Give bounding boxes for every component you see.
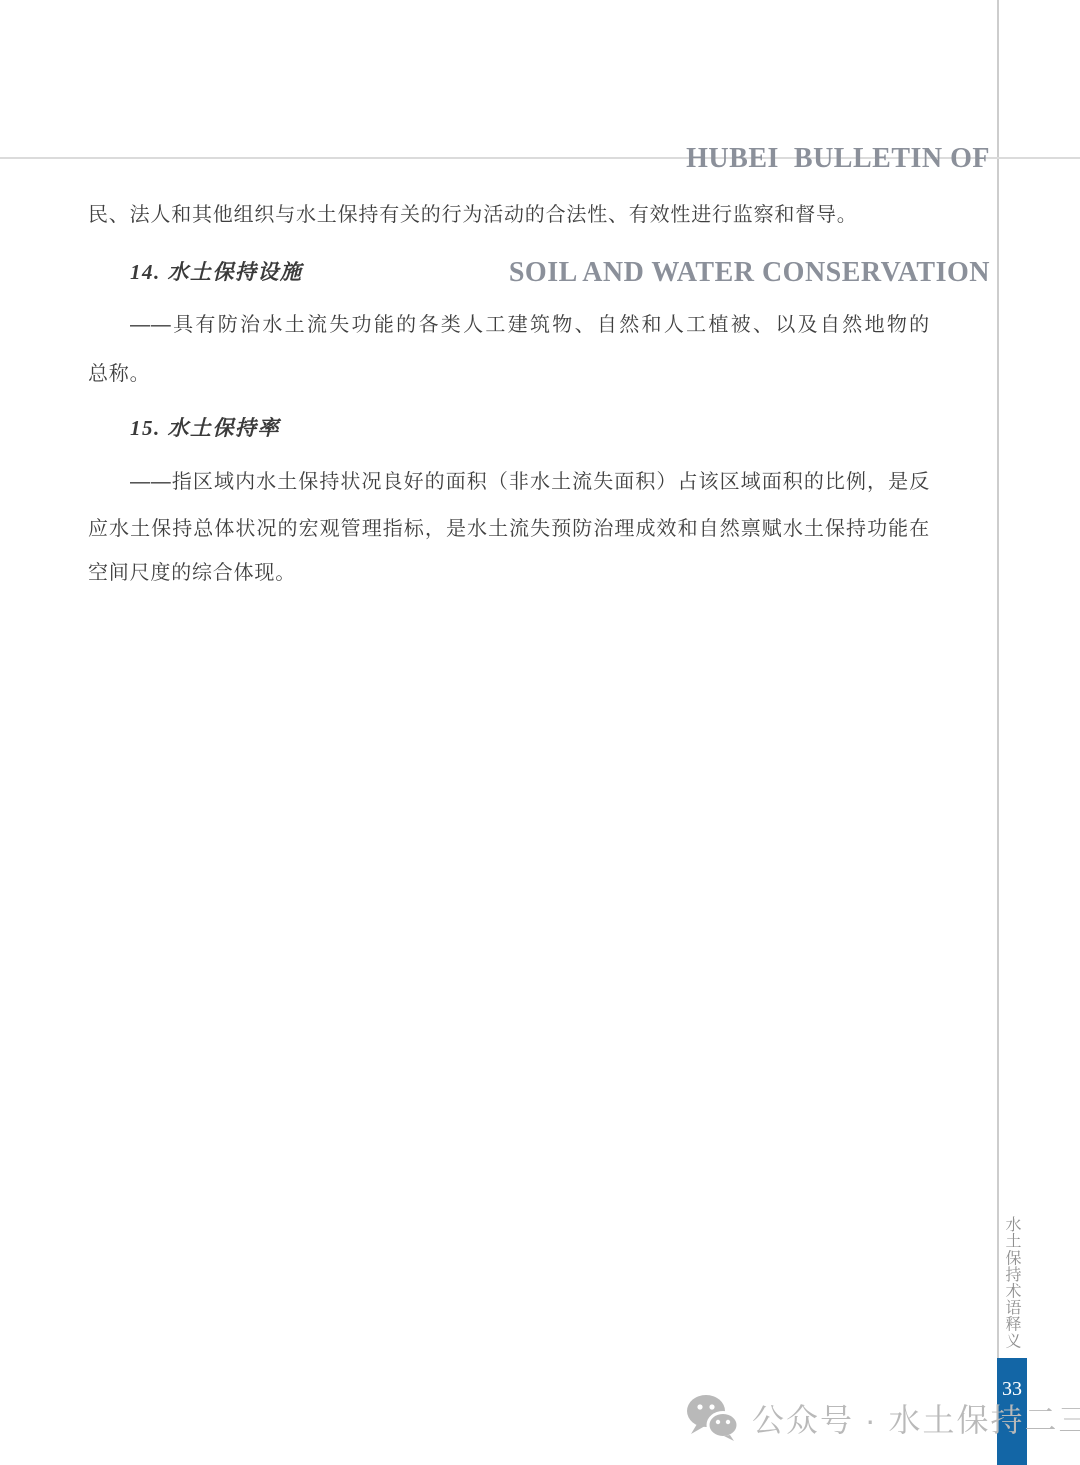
vertical-divider: [997, 0, 999, 1465]
wechat-icon: [686, 1394, 740, 1442]
term15-definition-line3: 空间尺度的综合体现。: [88, 559, 930, 587]
document-page: HUBEI BULLETIN OF SOIL AND WATER CONSERV…: [0, 0, 1080, 1465]
term-heading-14: 14. 水土保持设施: [130, 258, 890, 286]
term15-definition-line1: ——指区域内水土保持状况良好的面积（非水土流失面积）占该区域面积的比例，是反: [88, 468, 930, 496]
term14-definition-line2: 总称。: [88, 360, 930, 388]
term-heading-15: 15. 水土保持率: [130, 414, 890, 442]
paragraph-continuation: 民、法人和其他组织与水土保持有关的行为活动的合法性、有效性进行监察和督导。: [88, 201, 930, 229]
watermark: 公众号 · 水土保持二三: [686, 1394, 1080, 1442]
journal-title-line1: HUBEI BULLETIN OF: [509, 140, 990, 178]
term14-definition-line1: ——具有防治水土流失功能的各类人工建筑物、自然和人工植被、以及自然地物的: [88, 311, 930, 339]
sidebar-vertical-title: 水土保持术语释义: [1000, 1216, 1023, 1349]
watermark-text: 公众号 · 水土保持二三: [752, 1395, 1080, 1441]
term15-definition-line2: 应水土保持总体状况的宏观管理指标，是水土流失预防治理成效和自然禀赋水土保持功能在: [88, 515, 930, 543]
